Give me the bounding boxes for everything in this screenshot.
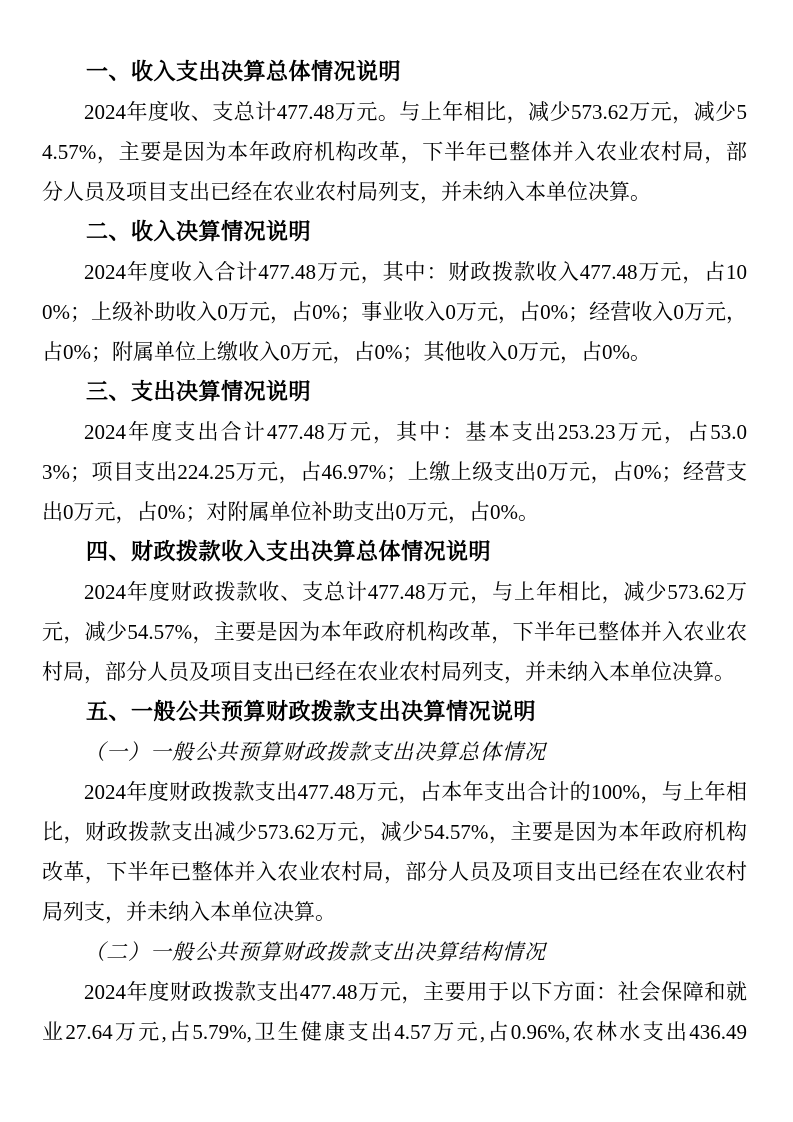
- section-5-subsection-1-paragraph: 2024年度财政拨款支出477.48万元，占本年支出合计的100%，与上年相比，…: [42, 772, 747, 932]
- section-4-paragraph: 2024年度财政拨款收、支总计477.48万元，与上年相比，减少573.62万元…: [42, 572, 747, 692]
- section-2-heading: 二、收入决算情况说明: [42, 212, 747, 252]
- document-page: 一、收入支出决算总体情况说明 2024年度收、支总计477.48万元。与上年相比…: [0, 0, 793, 1122]
- section-5-heading: 五、一般公共预算财政拨款支出决算情况说明: [42, 692, 747, 732]
- section-2-paragraph: 2024年度收入合计477.48万元，其中：财政拨款收入477.48万元，占10…: [42, 252, 747, 372]
- section-5-subsection-2-heading: （二）一般公共预算财政拨款支出决算结构情况: [42, 932, 747, 972]
- section-3-heading: 三、支出决算情况说明: [42, 372, 747, 412]
- section-4-heading: 四、财政拨款收入支出决算总体情况说明: [42, 532, 747, 572]
- section-3-paragraph: 2024年度支出合计477.48万元，其中：基本支出253.23万元，占53.0…: [42, 412, 747, 532]
- section-5-subsection-2-paragraph: 2024年度财政拨款支出477.48万元，主要用于以下方面：社会保障和就业27.…: [42, 972, 747, 1052]
- section-1-paragraph: 2024年度收、支总计477.48万元。与上年相比，减少573.62万元，减少5…: [42, 92, 747, 212]
- section-1-heading: 一、收入支出决算总体情况说明: [42, 52, 747, 92]
- section-5-subsection-1-heading: （一）一般公共预算财政拨款支出决算总体情况: [42, 732, 747, 772]
